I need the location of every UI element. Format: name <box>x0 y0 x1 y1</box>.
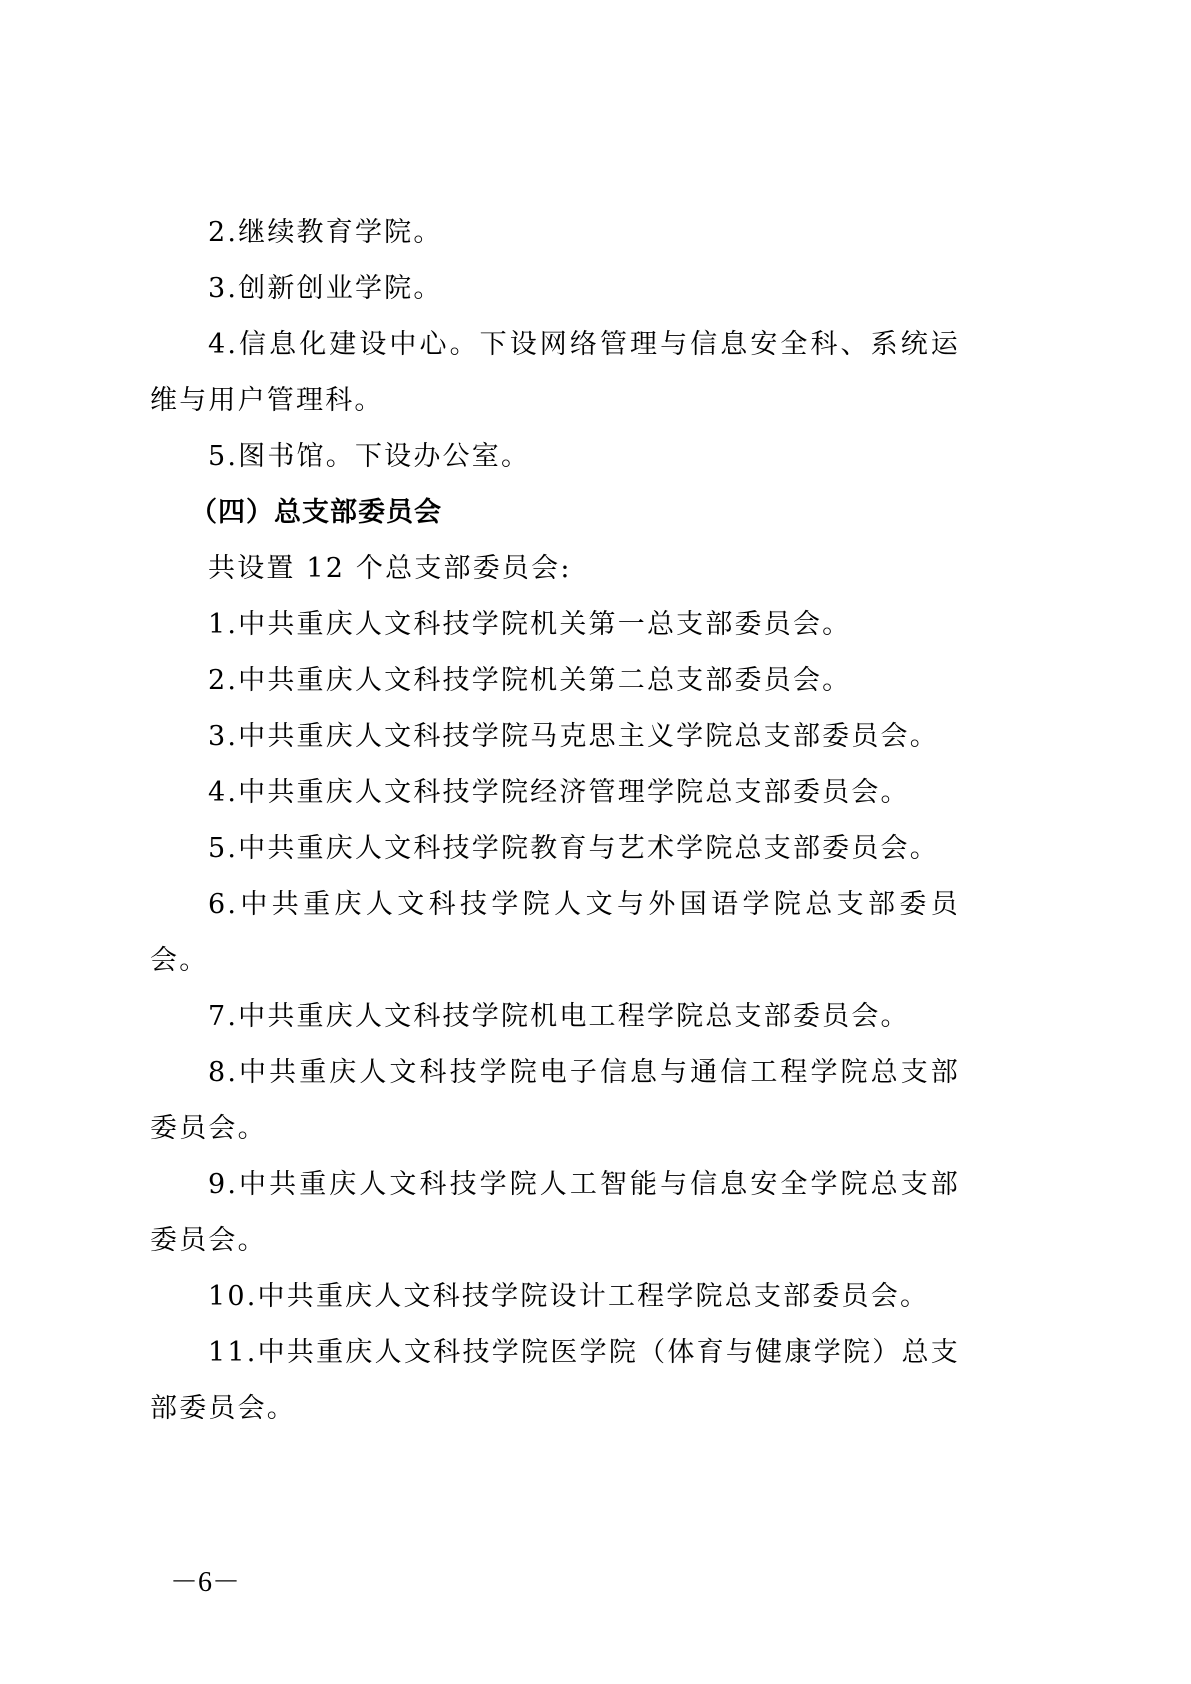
paragraph-intro: 共设置 12 个总支部委员会: <box>150 541 960 597</box>
paragraph-it-center: 4.信息化建设中心。下设网络管理与信息安全科、系统运维与用户管理科。 <box>150 317 960 429</box>
paragraph-continuing-education: 2.继续教育学院。 <box>150 205 960 261</box>
list-item: 11.中共重庆人文科技学院医学院（体育与健康学院）总支部委员会。 <box>150 1325 960 1437</box>
list-item: 7.中共重庆人文科技学院机电工程学院总支部委员会。 <box>150 989 960 1045</box>
list-item: 2.中共重庆人文科技学院机关第二总支部委员会。 <box>150 653 960 709</box>
list-item: 8.中共重庆人文科技学院电子信息与通信工程学院总支部委员会。 <box>150 1045 960 1157</box>
list-item: 5.中共重庆人文科技学院教育与艺术学院总支部委员会。 <box>150 821 960 877</box>
document-body: 2.继续教育学院。 3.创新创业学院。 4.信息化建设中心。下设网络管理与信息安… <box>150 205 960 1437</box>
page-number: －6－ <box>170 1560 240 1600</box>
paragraph-library: 5.图书馆。下设办公室。 <box>150 429 960 485</box>
list-item: 1.中共重庆人文科技学院机关第一总支部委员会。 <box>150 597 960 653</box>
list-item: 3.中共重庆人文科技学院马克思主义学院总支部委员会。 <box>150 709 960 765</box>
list-item: 10.中共重庆人文科技学院设计工程学院总支部委员会。 <box>150 1269 960 1325</box>
list-item: 4.中共重庆人文科技学院经济管理学院总支部委员会。 <box>150 765 960 821</box>
paragraph-innovation-college: 3.创新创业学院。 <box>150 261 960 317</box>
list-item: 6.中共重庆人文科技学院人文与外国语学院总支部委员会。 <box>150 877 960 989</box>
list-item: 9.中共重庆人文科技学院人工智能与信息安全学院总支部委员会。 <box>150 1157 960 1269</box>
section-heading: （四）总支部委员会 <box>150 485 960 541</box>
